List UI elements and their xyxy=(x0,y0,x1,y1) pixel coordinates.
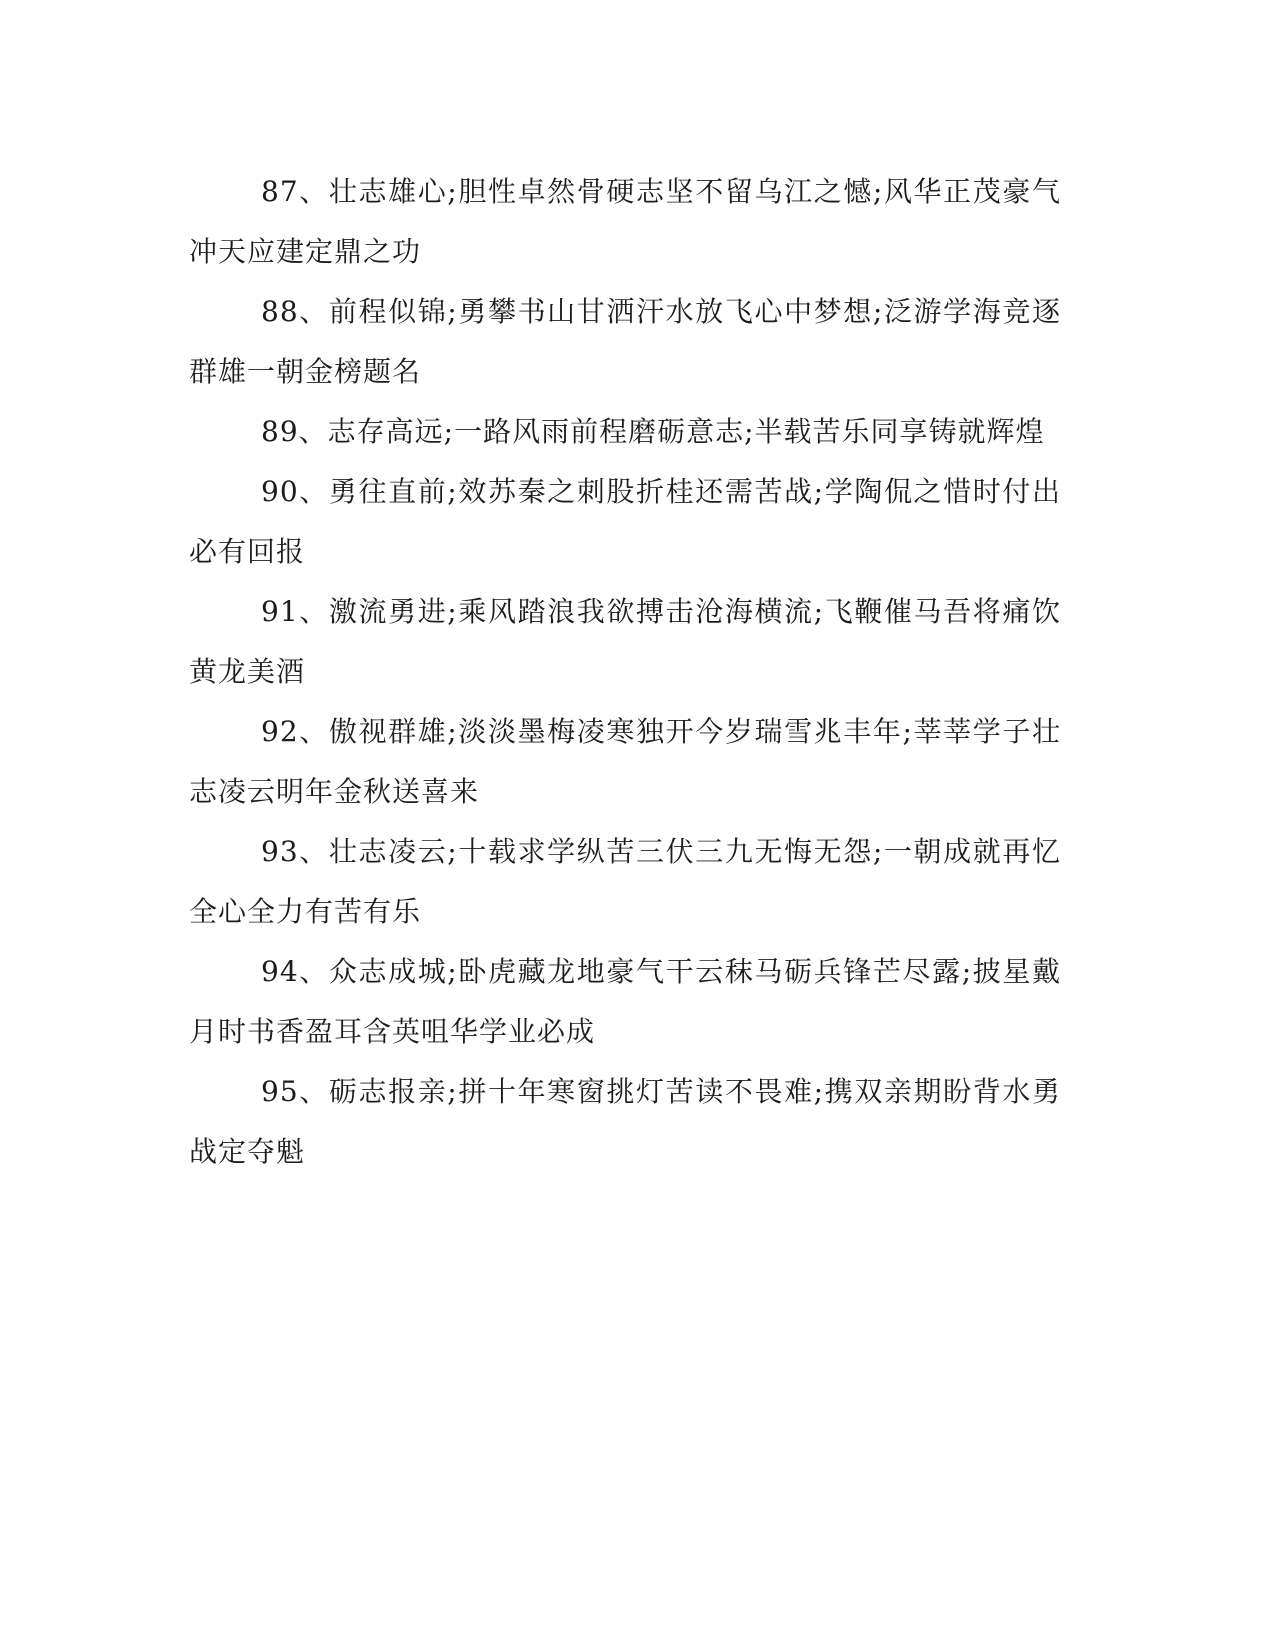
list-item: 92、傲视群雄;淡淡墨梅凌寒独开今岁瑞雪兆丰年;莘莘学子壮志凌云明年金秋送喜来 xyxy=(189,702,1061,822)
item-number: 92、 xyxy=(261,715,329,748)
item-number: 95、 xyxy=(261,1075,329,1108)
list-item: 89、志存高远;一路风雨前程磨砺意志;半载苦乐同享铸就辉煌 xyxy=(189,402,1061,462)
document-body: 87、壮志雄心;胆性卓然骨硬志坚不留乌江之憾;风华正茂豪气冲天应建定鼎之功88、… xyxy=(189,162,1061,1182)
document-page: 87、壮志雄心;胆性卓然骨硬志坚不留乌江之憾;风华正茂豪气冲天应建定鼎之功88、… xyxy=(0,0,1275,1650)
item-number: 91、 xyxy=(261,595,329,628)
item-number: 88、 xyxy=(261,295,329,328)
item-number: 93、 xyxy=(261,835,329,868)
item-text: 志存高远;一路风雨前程磨砺意志;半载苦乐同享铸就辉煌 xyxy=(328,415,1045,448)
list-item: 87、壮志雄心;胆性卓然骨硬志坚不留乌江之憾;风华正茂豪气冲天应建定鼎之功 xyxy=(189,162,1061,282)
item-number: 89、 xyxy=(261,415,328,448)
list-item: 94、众志成城;卧虎藏龙地豪气干云秣马砺兵锋芒尽露;披星戴月时书香盈耳含英咀华学… xyxy=(189,942,1061,1062)
item-number: 90、 xyxy=(261,475,329,508)
item-number: 87、 xyxy=(261,175,329,208)
list-item: 91、激流勇进;乘风踏浪我欲搏击沧海横流;飞鞭催马吾将痛饮黄龙美酒 xyxy=(189,582,1061,702)
list-item: 90、勇往直前;效苏秦之刺股折桂还需苦战;学陶侃之惜时付出必有回报 xyxy=(189,462,1061,582)
item-number: 94、 xyxy=(261,955,329,988)
list-item: 93、壮志凌云;十载求学纵苦三伏三九无悔无怨;一朝成就再忆全心全力有苦有乐 xyxy=(189,822,1061,942)
list-item: 95、砺志报亲;拼十年寒窗挑灯苦读不畏难;携双亲期盼背水勇战定夺魁 xyxy=(189,1062,1061,1182)
list-item: 88、前程似锦;勇攀书山甘洒汗水放飞心中梦想;泛游学海竞逐群雄一朝金榜题名 xyxy=(189,282,1061,402)
